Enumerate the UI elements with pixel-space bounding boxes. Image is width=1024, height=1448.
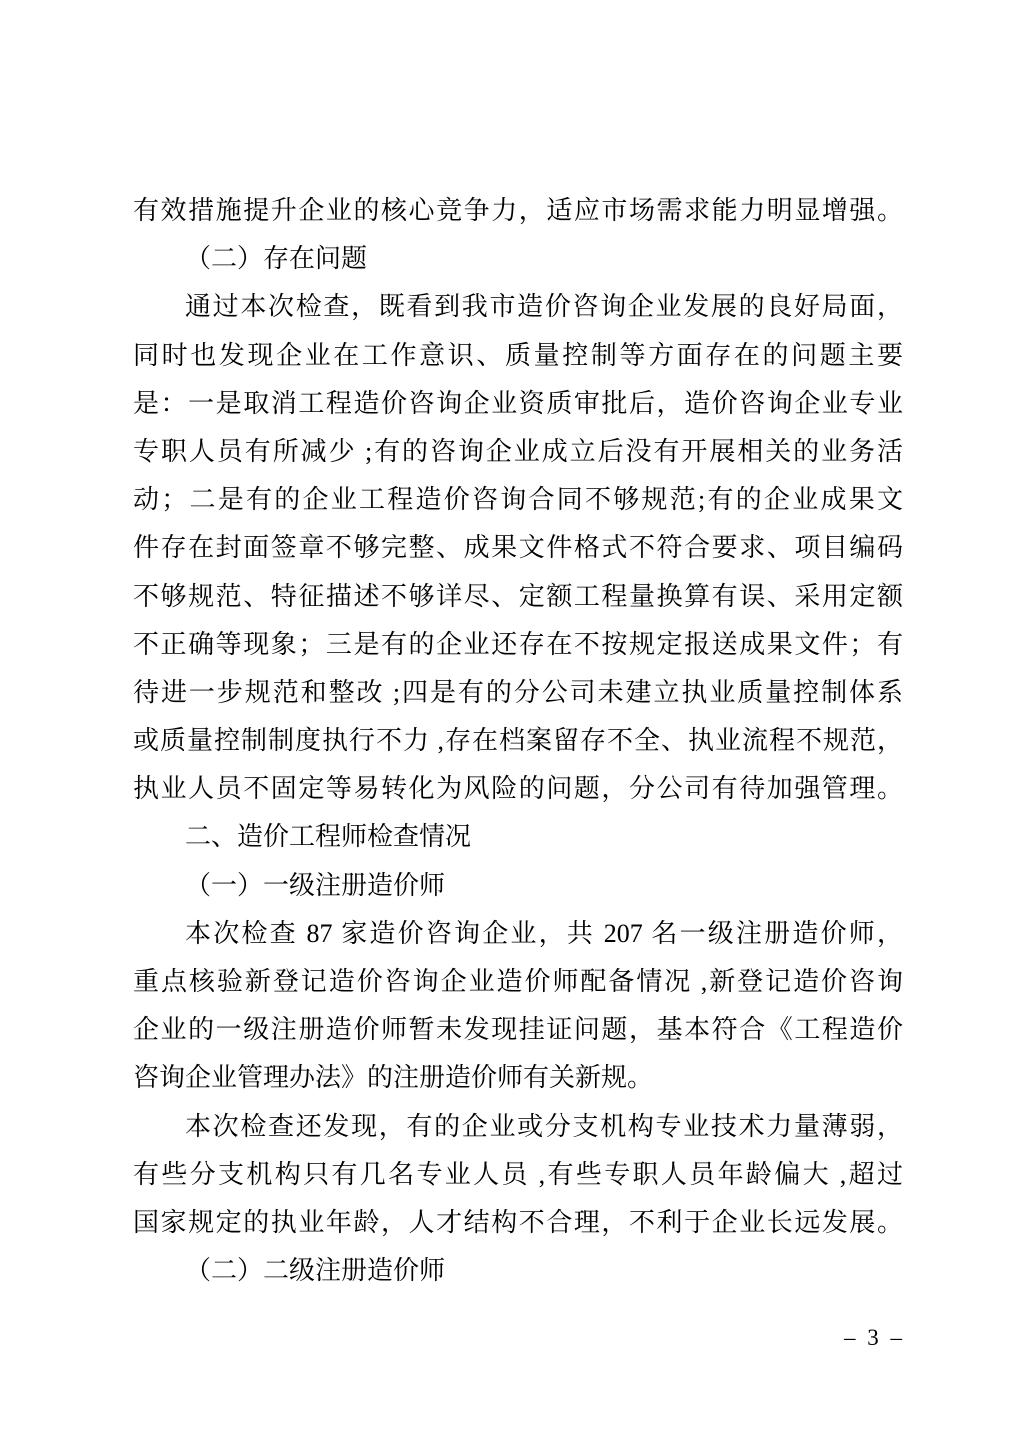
text-line: 不正确等现象；三是有的企业还存在不按规定报送成果文件；有 xyxy=(133,621,903,669)
text-line: 动；二是有的企业工程造价咨询合同不够规范;有的企业成果文 xyxy=(133,476,903,524)
text-line: （一）一级注册造价师 xyxy=(133,862,903,910)
text-line: 本次检查 87 家造价咨询企业，共 207 名一级注册造价师， xyxy=(133,910,903,958)
text-line: 专职人员有所减少 ;有的咨询企业成立后没有开展相关的业务活 xyxy=(133,428,903,476)
document-page: 有效措施提升企业的核心竞争力，适应市场需求能力明显增强。（二）存在问题通过本次检… xyxy=(0,0,1024,1448)
text-line: 同时也发现企业在工作意识、质量控制等方面存在的问题主要 xyxy=(133,332,903,380)
text-line: 待进一步规范和整改 ;四是有的分公司未建立执业质量控制体系 xyxy=(133,669,903,717)
text-line: 执业人员不固定等易转化为风险的问题，分公司有待加强管理。 xyxy=(133,765,903,813)
text-line: 通过本次检查，既看到我市造价咨询企业发展的良好局面， xyxy=(133,283,903,331)
text-line: 或质量控制制度执行不力 ,存在档案留存不全、执业流程不规范， xyxy=(133,717,903,765)
text-line: 是：一是取消工程造价咨询企业资质审批后，造价咨询企业专业 xyxy=(133,380,903,428)
text-line: （二）二级注册造价师 xyxy=(133,1247,903,1295)
text-line: 本次检查还发现，有的企业或分支机构专业技术力量薄弱， xyxy=(133,1103,903,1151)
text-line: 国家规定的执业年龄，人才结构不合理，不利于企业长远发展。 xyxy=(133,1199,903,1247)
document-body: 有效措施提升企业的核心竞争力，适应市场需求能力明显增强。（二）存在问题通过本次检… xyxy=(133,187,903,1295)
page-number: – 3 – xyxy=(790,1322,905,1354)
text-line: 重点核验新登记造价咨询企业造价师配备情况 ,新登记造价咨询 xyxy=(133,958,903,1006)
text-line: 企业的一级注册造价师暂未发现挂证问题，基本符合《工程造价 xyxy=(133,1006,903,1054)
text-line: 件存在封面签章不够完整、成果文件格式不符合要求、项目编码 xyxy=(133,524,903,572)
text-line: 有效措施提升企业的核心竞争力，适应市场需求能力明显增强。 xyxy=(133,187,903,235)
text-line: 有些分支机构只有几名专业人员 ,有些专职人员年龄偏大 ,超过 xyxy=(133,1151,903,1199)
text-line: 不够规范、特征描述不够详尽、定额工程量换算有误、采用定额 xyxy=(133,573,903,621)
text-line: 二、造价工程师检查情况 xyxy=(133,813,903,861)
text-line: 咨询企业管理办法》的注册造价师有关新规。 xyxy=(133,1054,903,1102)
text-line: （二）存在问题 xyxy=(133,235,903,283)
